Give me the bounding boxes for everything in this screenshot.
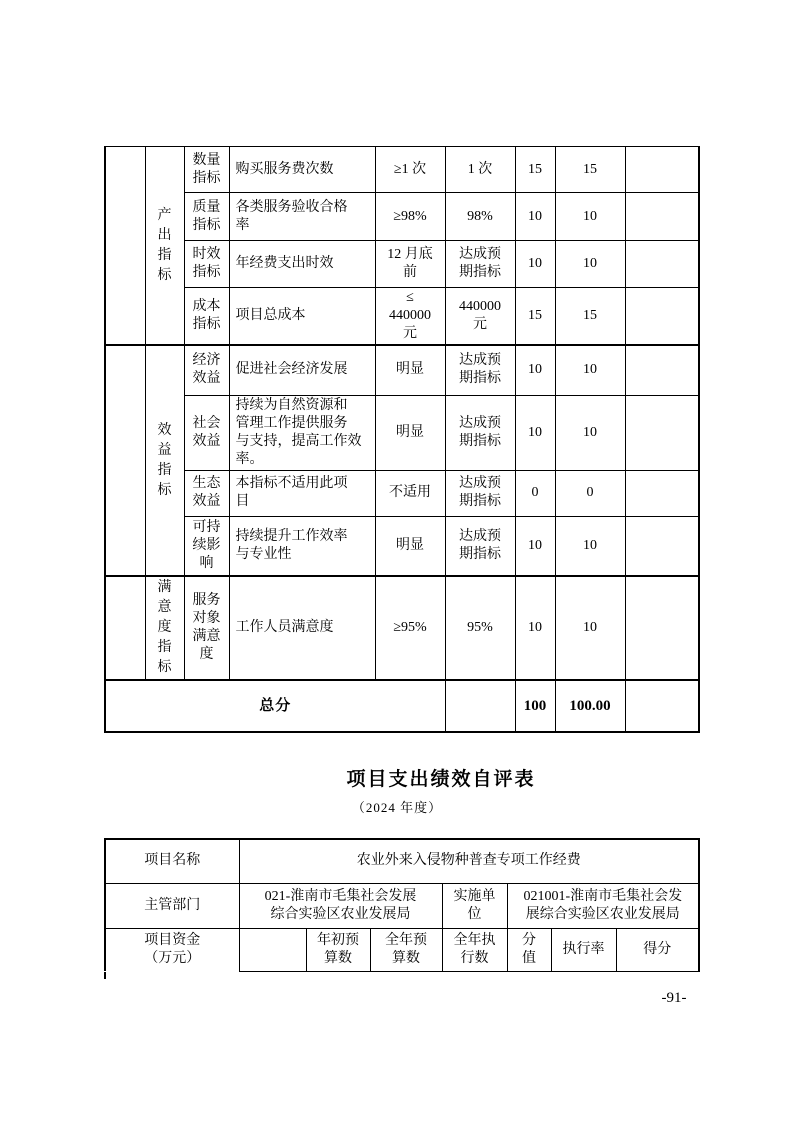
points-cell: 10 <box>515 395 555 470</box>
actual-value-cell: 达成预 期指标 <box>445 395 515 470</box>
header-annual-execution-cell: 全年执 行数 <box>442 928 507 971</box>
table-row: 满 意 度 指 标 服务 对象 满意 度 工作人员满意度 ≥95% 95% 10… <box>105 576 699 680</box>
funds-label-cell: 项目资金 （万元） <box>105 928 239 971</box>
doc-subtitle-wrap: （2024 年度） <box>0 797 794 817</box>
project-name-label-cell: 项目名称 <box>105 839 239 883</box>
category-cell-satisfaction: 满 意 度 指 标 <box>145 576 184 680</box>
score-cell: 10 <box>555 193 625 241</box>
impl-unit-value-cell: 021001-淮南市毛集社会发 展综合实验区农业发展局 <box>507 883 699 928</box>
header-annual-budget-cell: 全年预 算数 <box>370 928 442 971</box>
indicator-name-cell: 持续为自然资源和 管理工作提供服务 与支持，提高工作效 率。 <box>229 395 375 470</box>
score-cell: 10 <box>555 576 625 680</box>
points-cell: 10 <box>515 241 555 288</box>
spacer-cell <box>105 345 145 576</box>
table-row: 效 益 指 标 经济 效益 促进社会经济发展 明显 达成预 期指标 10 10 <box>105 345 699 395</box>
header-initial-budget-cell: 年初预 算数 <box>306 928 370 971</box>
doc-year-label: （2024 年度） <box>352 800 442 815</box>
header-execution-rate-cell: 执行率 <box>551 928 616 971</box>
table-row: 时效 指标 年经费支出时效 12 月底 前 达成预 期指标 10 10 <box>105 241 699 288</box>
funds-blank-cell <box>239 928 306 971</box>
score-cell: 15 <box>555 147 625 193</box>
note-cell <box>625 241 699 288</box>
target-value-cell: ≥1 次 <box>375 147 445 193</box>
performance-score-table: 产 出 指 标 数量 指标 购买服务费次数 ≥1 次 1 次 15 15 质量 … <box>104 146 700 733</box>
table-row: 社会 效益 持续为自然资源和 管理工作提供服务 与支持，提高工作效 率。 明显 … <box>105 395 699 470</box>
document-page: 产 出 指 标 数量 指标 购买服务费次数 ≥1 次 1 次 15 15 质量 … <box>0 0 794 1122</box>
target-value-cell: 明显 <box>375 345 445 395</box>
indicator-type-cell: 成本 指标 <box>184 288 229 346</box>
spacer-cell <box>105 147 145 346</box>
table-row: 主管部门 021-淮南市毛集社会发展 综合实验区农业发展局 实施单 位 0210… <box>105 883 699 928</box>
target-value-cell: 明显 <box>375 516 445 576</box>
table-row: 生态 效益 本指标不适用此项 目 不适用 达成预 期指标 0 0 <box>105 470 699 516</box>
spacer-cell <box>105 576 145 680</box>
actual-value-cell: 达成预 期指标 <box>445 345 515 395</box>
doc-title-wrap: 项目支出绩效自评表 <box>0 764 794 791</box>
score-cell: 0 <box>555 470 625 516</box>
category-cell-output: 产 出 指 标 <box>145 147 184 346</box>
score-cell: 10 <box>555 241 625 288</box>
actual-value-cell: 达成预 期指标 <box>445 241 515 288</box>
dept-label-cell: 主管部门 <box>105 883 239 928</box>
indicator-type-cell: 服务 对象 满意 度 <box>184 576 229 680</box>
impl-unit-label-cell: 实施单 位 <box>442 883 507 928</box>
table-row: 成本 指标 项目总成本 ≤ 440000 元 440000 元 15 15 <box>105 288 699 346</box>
total-score-cell: 100.00 <box>555 680 625 732</box>
project-info-table: 项目名称 农业外来入侵物种普查专项工作经费 主管部门 021-淮南市毛集社会发展… <box>104 838 700 972</box>
note-cell <box>625 395 699 470</box>
note-cell <box>625 576 699 680</box>
table-row: 产 出 指 标 数量 指标 购买服务费次数 ≥1 次 1 次 15 15 <box>105 147 699 193</box>
score-cell: 15 <box>555 288 625 346</box>
table-row: 项目名称 农业外来入侵物种普查专项工作经费 <box>105 839 699 883</box>
total-points-cell: 100 <box>515 680 555 732</box>
indicator-type-cell: 数量 指标 <box>184 147 229 193</box>
category-cell-benefit: 效 益 指 标 <box>145 345 184 576</box>
indicator-type-cell: 生态 效益 <box>184 470 229 516</box>
score-table: 产 出 指 标 数量 指标 购买服务费次数 ≥1 次 1 次 15 15 质量 … <box>104 146 700 733</box>
table-row: 质量 指标 各类服务验收合格 率 ≥98% 98% 10 10 <box>105 193 699 241</box>
table-row: 总分 100 100.00 <box>105 680 699 732</box>
note-cell <box>625 147 699 193</box>
indicator-name-cell: 促进社会经济发展 <box>229 345 375 395</box>
indicator-type-cell: 社会 效益 <box>184 395 229 470</box>
indicator-name-cell: 持续提升工作效率 与专业性 <box>229 516 375 576</box>
indicator-type-cell: 质量 指标 <box>184 193 229 241</box>
note-cell <box>625 516 699 576</box>
points-cell: 15 <box>515 288 555 346</box>
target-value-cell: ≥98% <box>375 193 445 241</box>
points-cell: 10 <box>515 345 555 395</box>
points-cell: 10 <box>515 516 555 576</box>
header-points-cell: 分 值 <box>507 928 551 971</box>
note-cell <box>625 680 699 732</box>
target-value-cell: ≥95% <box>375 576 445 680</box>
note-cell <box>625 345 699 395</box>
actual-value-cell: 达成预 期指标 <box>445 516 515 576</box>
note-cell <box>625 470 699 516</box>
total-actual-cell <box>445 680 515 732</box>
score-cell: 10 <box>555 345 625 395</box>
note-cell <box>625 193 699 241</box>
table-row: 项目资金 （万元） 年初预 算数 全年预 算数 全年执 行数 分 值 执行率 得… <box>105 928 699 971</box>
indicator-name-cell: 工作人员满意度 <box>229 576 375 680</box>
project-name-value-cell: 农业外来入侵物种普查专项工作经费 <box>239 839 699 883</box>
actual-value-cell: 1 次 <box>445 147 515 193</box>
actual-value-cell: 440000 元 <box>445 288 515 346</box>
target-value-cell: 不适用 <box>375 470 445 516</box>
actual-value-cell: 95% <box>445 576 515 680</box>
actual-value-cell: 98% <box>445 193 515 241</box>
indicator-name-cell: 年经费支出时效 <box>229 241 375 288</box>
points-cell: 0 <box>515 470 555 516</box>
target-value-cell: 明显 <box>375 395 445 470</box>
indicator-type-cell: 可持 续影 响 <box>184 516 229 576</box>
note-cell <box>625 288 699 346</box>
indicator-type-cell: 时效 指标 <box>184 241 229 288</box>
indicator-name-cell: 各类服务验收合格 率 <box>229 193 375 241</box>
info-table: 项目名称 农业外来入侵物种普查专项工作经费 主管部门 021-淮南市毛集社会发展… <box>104 838 700 972</box>
header-score-cell: 得分 <box>616 928 699 971</box>
score-cell: 10 <box>555 395 625 470</box>
target-value-cell: 12 月底 前 <box>375 241 445 288</box>
total-label-cell: 总分 <box>105 680 445 732</box>
score-cell: 10 <box>555 516 625 576</box>
table-row: 可持 续影 响 持续提升工作效率 与专业性 明显 达成预 期指标 10 10 <box>105 516 699 576</box>
indicator-name-cell: 本指标不适用此项 目 <box>229 470 375 516</box>
indicator-name-cell: 购买服务费次数 <box>229 147 375 193</box>
actual-value-cell: 达成预 期指标 <box>445 470 515 516</box>
indicator-name-cell: 项目总成本 <box>229 288 375 346</box>
points-cell: 10 <box>515 576 555 680</box>
points-cell: 10 <box>515 193 555 241</box>
page-title: 项目支出绩效自评表 <box>346 764 535 791</box>
target-value-cell: ≤ 440000 元 <box>375 288 445 346</box>
dept-value-cell: 021-淮南市毛集社会发展 综合实验区农业发展局 <box>239 883 442 928</box>
points-cell: 15 <box>515 147 555 193</box>
page-number: -91- <box>650 990 698 1007</box>
indicator-type-cell: 经济 效益 <box>184 345 229 395</box>
